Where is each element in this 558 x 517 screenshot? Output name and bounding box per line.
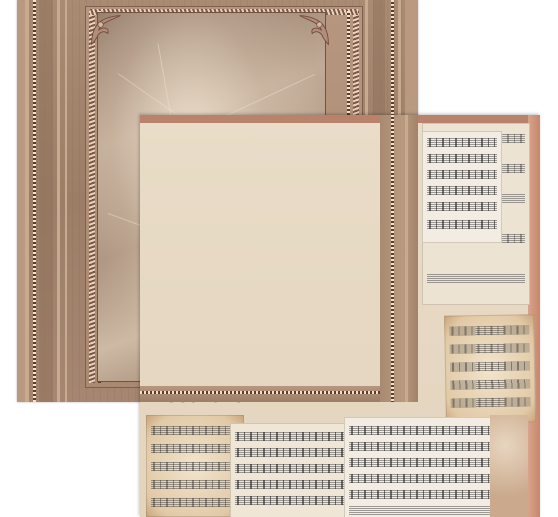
printed-sheet-music (422, 131, 502, 243)
printed-sheet-music (344, 417, 496, 517)
frame-dot-line (391, 115, 394, 402)
aged-sheet-music (444, 314, 536, 424)
corner-ornament-icon (88, 12, 124, 48)
frame-dot-line (33, 0, 36, 402)
frame-stripe (25, 0, 29, 402)
frame-bottom-edge (140, 386, 418, 402)
frame-stripe (65, 0, 67, 402)
paint-splatter (490, 415, 528, 517)
frame-dot-line (140, 391, 418, 394)
frame-rope-left (89, 11, 95, 383)
frame-stripe (39, 0, 53, 402)
corner-ornament-icon (296, 12, 332, 48)
frame-right-border (380, 115, 418, 402)
sheet-edge (140, 115, 540, 123)
printed-sheet-music (230, 423, 350, 517)
frame-stripe (405, 115, 408, 402)
front-paper-sheet: Beethoven (140, 115, 540, 517)
frame-stripe (17, 0, 25, 402)
frame-stripe (57, 0, 60, 402)
